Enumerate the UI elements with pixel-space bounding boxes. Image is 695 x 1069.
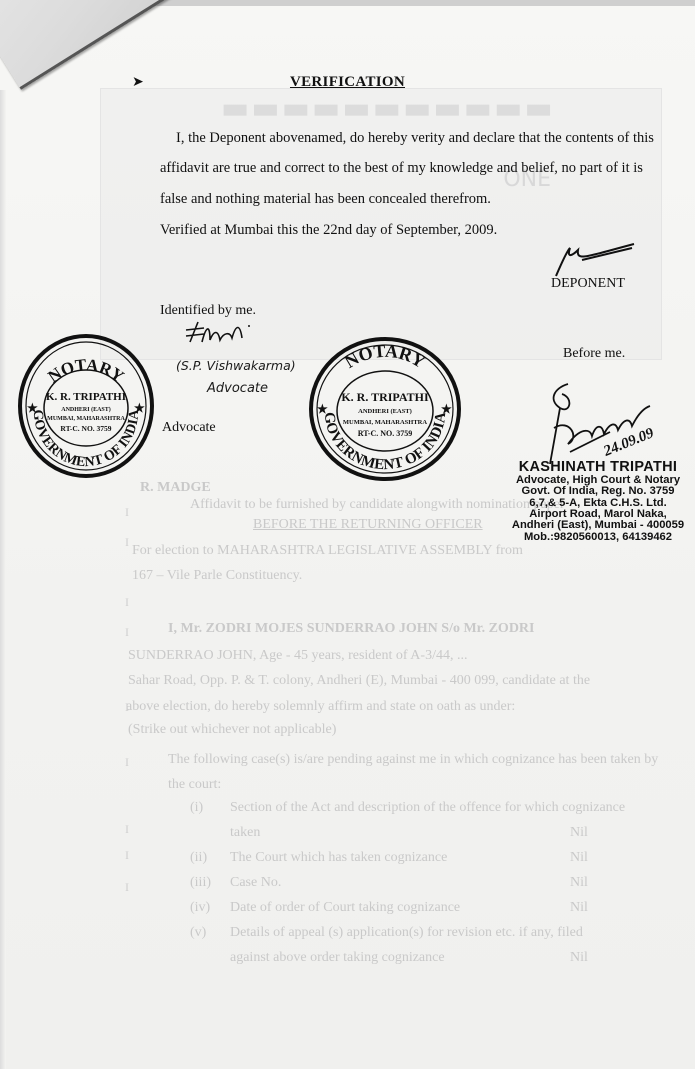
bleed-item-value: Nil (570, 950, 588, 966)
bleed-line: SUNDERRAO JOHN, Age - 45 years, resident… (128, 648, 467, 664)
bleed-item-continuation: against above order taking cognizance (230, 950, 445, 966)
svg-text:RT-C. NO. 3759: RT-C. NO. 3759 (60, 424, 111, 433)
svg-text:MUMBAI, MAHARASHTRA: MUMBAI, MAHARASHTRA (47, 416, 125, 422)
bleed-line: the court: (168, 777, 221, 793)
bleed-item-continuation: taken (230, 825, 260, 841)
scanned-page: ▬▬▬▬▬▬▬▬▬▬▬ ONE ➤ R. MADGE Affidavit to … (0, 0, 695, 1069)
scan-edge-left (0, 90, 6, 1069)
margin-mark: I (125, 848, 129, 863)
notary-line: Mob.:9820560013, 64139462 (498, 532, 695, 543)
svg-text:K. R. TRIPATHI: K. R. TRIPATHI (46, 391, 126, 403)
svg-text:★: ★ (27, 401, 38, 415)
verification-line-1: I, the Deponent abovenamed, do hereby ve… (176, 130, 654, 147)
bleed-line: BEFORE THE RETURNING OFFICER (253, 517, 483, 533)
bleed-line: Sahar Road, Opp. P. & T. colony, Andheri… (128, 673, 590, 689)
svg-text:K. R. TRIPATHI: K. R. TRIPATHI (341, 390, 429, 404)
identifier-handwritten-title: Advocate (207, 381, 268, 396)
bleed-item-text: Date of order of Court taking cognizance (230, 900, 460, 916)
deponent-label: DEPONENT (551, 276, 625, 292)
notary-address-block: KASHINATH TRIPATHI Advocate, High Court … (498, 460, 695, 543)
notary-stamp-center: NOTARY GOVERNMENT OF INDIA ★ ★ K. R. TRI… (305, 335, 465, 485)
margin-mark: I (125, 535, 129, 550)
svg-text:★: ★ (134, 401, 145, 415)
notary-signature: 24.09.09 (540, 378, 660, 468)
identifier-handwritten-name: (S.P. Vishwakarma) (176, 358, 296, 373)
bleed-item-text: The Court which has taken cognizance (230, 850, 447, 866)
margin-mark: I (125, 755, 129, 770)
margin-mark: I (125, 625, 129, 640)
svg-text:MUMBAI, MAHARASHTRA: MUMBAI, MAHARASHTRA (343, 419, 427, 426)
before-me-label: Before me. (563, 346, 625, 362)
bleed-heading: R. MADGE (140, 480, 211, 496)
margin-mark: I (125, 595, 129, 610)
identifier-signature (184, 318, 264, 348)
svg-text:24.09.09: 24.09.09 (601, 425, 657, 460)
svg-text:ANDHERI (EAST): ANDHERI (EAST) (358, 408, 412, 415)
bleed-item-text: Section of the Act and description of th… (230, 800, 625, 816)
bleed-item-value: Nil (570, 900, 588, 916)
margin-mark: I (125, 505, 129, 520)
bleed-item-value: Nil (570, 875, 588, 891)
bleed-item-text: Case No. (230, 875, 281, 891)
notary-line: Govt. Of India, Reg. No. 3759 (498, 486, 695, 497)
svg-text:★: ★ (317, 402, 328, 416)
bleed-item-value: Nil (570, 850, 588, 866)
notary-name: KASHINATH TRIPATHI (498, 460, 695, 475)
bleed-item-value: Nil (570, 825, 588, 841)
verification-line-4: Verified at Mumbai this the 22nd day of … (160, 222, 497, 239)
bleed-item-text: Details of appeal (s) application(s) for… (230, 925, 583, 941)
bleed-line: above election, do hereby solemnly affir… (126, 699, 515, 715)
watermark-hindi-text: ▬▬▬▬▬▬▬▬▬▬▬ (221, 91, 555, 126)
bleed-line: 167 – Vile Parle Constituency. (132, 568, 302, 584)
svg-text:RT-C. NO. 3759: RT-C. NO. 3759 (358, 429, 413, 438)
bleed-line: The following case(s) is/are pending aga… (168, 752, 658, 768)
verification-line-3: false and nothing material has been conc… (160, 191, 491, 208)
margin-mark: I (125, 822, 129, 837)
margin-mark: I (125, 700, 129, 715)
bleed-item-number: (iii) (190, 875, 211, 891)
document-title: VERIFICATION (0, 74, 695, 91)
bleed-line: I, Mr. ZODRI MOJES SUNDERRAO JOHN S/o Mr… (168, 621, 535, 637)
verification-line-2: affidavit are true and correct to the be… (160, 160, 643, 177)
bleed-item-number: (i) (190, 800, 203, 816)
margin-mark: I (125, 880, 129, 895)
svg-text:NOTARY: NOTARY (44, 355, 127, 386)
advocate-label: Advocate (162, 420, 216, 436)
svg-text:ANDHERI (EAST): ANDHERI (EAST) (61, 406, 111, 413)
notary-stamp-left: NOTARY GOVERNMENT OF INDIA ★ ★ K. R. TRI… (16, 330, 156, 480)
bleed-item-number: (v) (190, 925, 206, 941)
bleed-line: For election to MAHARASHTRA LEGISLATIVE … (132, 543, 523, 559)
bleed-item-number: (ii) (190, 850, 207, 866)
bleed-item-number: (iv) (190, 900, 210, 916)
svg-text:★: ★ (441, 402, 452, 416)
deponent-signature (548, 240, 638, 280)
identified-by-label: Identified by me. (160, 303, 256, 319)
bleed-line: (Strike out whichever not applicable) (128, 722, 336, 738)
